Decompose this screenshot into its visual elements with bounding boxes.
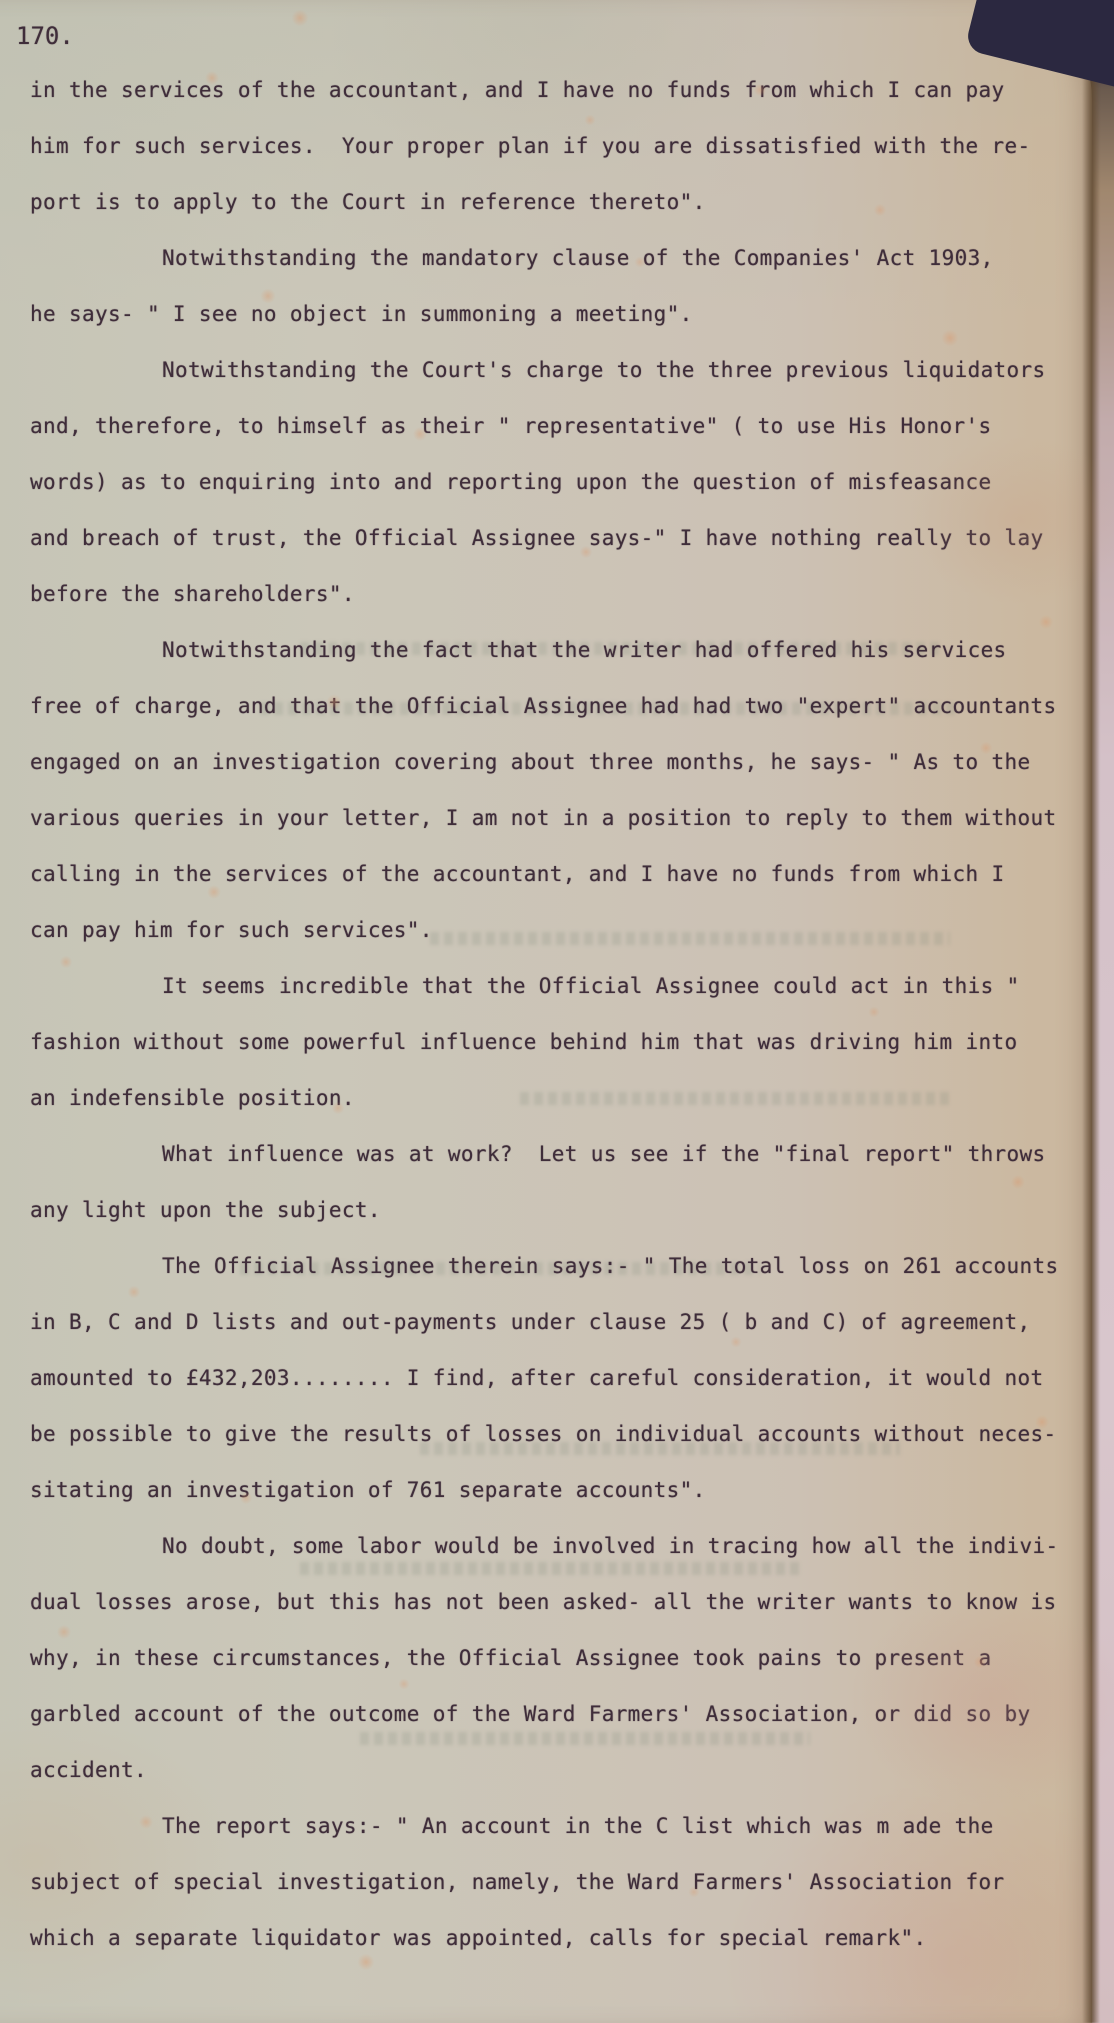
paper-page: 170. in the services of the accountant, … (0, 0, 1092, 2023)
text-line: Notwithstanding the mandatory clause of … (30, 230, 1046, 286)
text-line: What influence was at work? Let us see i… (30, 1126, 1046, 1182)
text-line: be possible to give the results of losse… (30, 1406, 1046, 1462)
text-line: before the shareholders". (30, 566, 1046, 622)
text-line: and breach of trust, the Official Assign… (30, 510, 1046, 566)
text-line: words) as to enquiring into and reportin… (30, 454, 1046, 510)
text-line: him for such services. Your proper plan … (30, 118, 1046, 174)
scanned-document-photo: 170. in the services of the accountant, … (0, 0, 1114, 2023)
text-line: he says- " I see no object in summoning … (30, 286, 1046, 342)
text-line: an indefensible position. (30, 1070, 1046, 1126)
text-line: and, therefore, to himself as their " re… (30, 398, 1046, 454)
page-crease (1082, 0, 1100, 2023)
text-line: which a separate liquidator was appointe… (30, 1910, 1046, 1966)
text-line: accident. (30, 1742, 1046, 1798)
text-line: calling in the services of the accountan… (30, 846, 1046, 902)
text-line: various queries in your letter, I am not… (30, 790, 1046, 846)
text-line: The report says:- " An account in the C … (30, 1798, 1046, 1854)
text-line: No doubt, some labor would be involved i… (30, 1518, 1046, 1574)
text-line: dual losses arose, but this has not been… (30, 1574, 1046, 1630)
text-line: can pay him for such services". (30, 902, 1046, 958)
text-line: Notwithstanding the Court's charge to th… (30, 342, 1046, 398)
text-line: amounted to £432,203........ I find, aft… (30, 1350, 1046, 1406)
text-line: in the services of the accountant, and I… (30, 62, 1046, 118)
text-line: in B, C and D lists and out-payments und… (30, 1294, 1046, 1350)
text-line: It seems incredible that the Official As… (30, 958, 1046, 1014)
text-line: fashion without some powerful influence … (30, 1014, 1046, 1070)
text-line: sitating an investigation of 761 separat… (30, 1462, 1046, 1518)
text-line: why, in these circumstances, the Officia… (30, 1630, 1046, 1686)
typewritten-text-body: in the services of the accountant, and I… (30, 62, 1046, 1966)
text-line: Notwithstanding the fact that the writer… (30, 622, 1046, 678)
text-line: subject of special investigation, namely… (30, 1854, 1046, 1910)
text-line: engaged on an investigation covering abo… (30, 734, 1046, 790)
text-line: The Official Assignee therein says:- " T… (30, 1238, 1046, 1294)
text-line: any light upon the subject. (30, 1182, 1046, 1238)
text-line: port is to apply to the Court in referen… (30, 174, 1046, 230)
page-number: 170. (16, 22, 74, 50)
text-line: garbled account of the outcome of the Wa… (30, 1686, 1046, 1742)
text-line: free of charge, and that the Official As… (30, 678, 1046, 734)
